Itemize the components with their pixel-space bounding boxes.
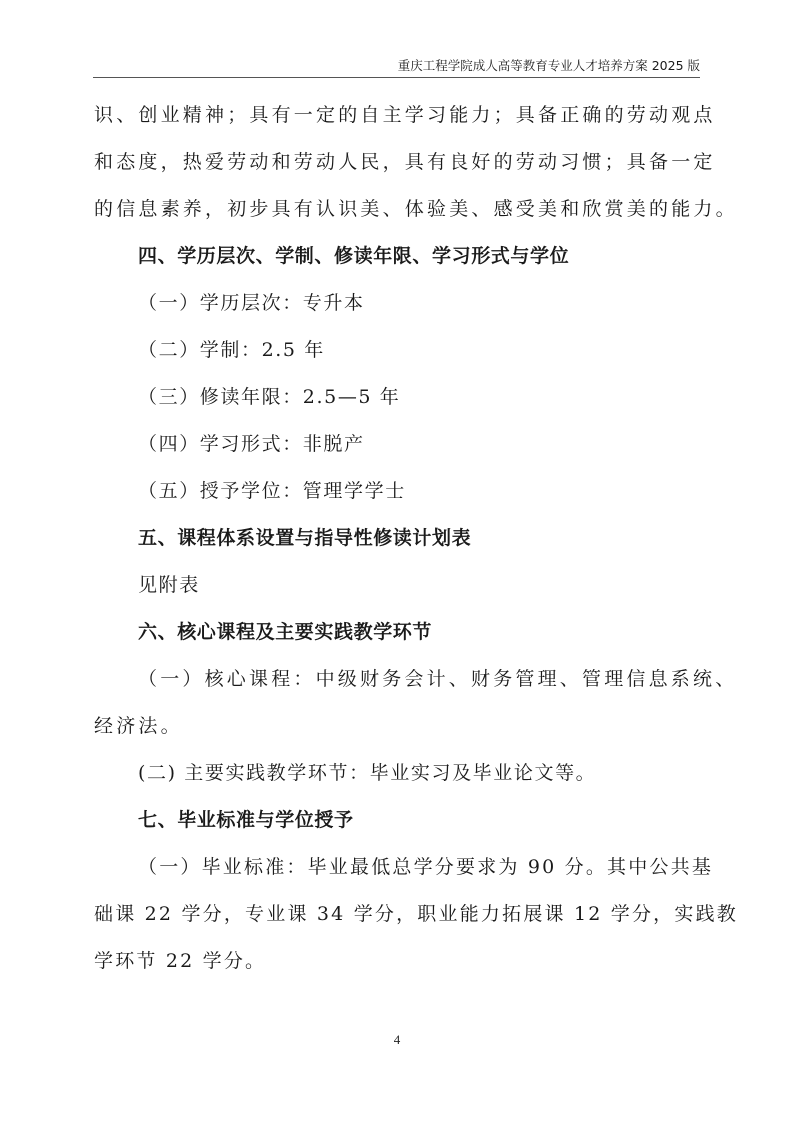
list-item: (二) 主要实践教学环节：毕业实习及毕业论文等。 [94,750,702,797]
section-6: 六、核心课程及主要实践教学环节 （一）核心课程：中级财务会计、财务管理、管理信息… [94,609,702,797]
paragraph-line: （一）毕业标准：毕业最低总学分要求为 90 分。其中公共基 [94,844,702,891]
document-body: 识、创业精神；具有一定的自主学习能力；具备正确的劳动观点 和态度，热爱劳动和劳动… [94,92,702,985]
section-heading: 七、毕业标准与学位授予 [94,797,702,844]
paragraph-line: 的信息素养，初步具有认识美、体验美、感受美和欣赏美的能力。 [94,186,702,233]
paragraph-line: 识、创业精神；具有一定的自主学习能力；具备正确的劳动观点 [94,92,702,139]
paragraph-line: 和态度，热爱劳动和劳动人民，具有良好的劳动习惯；具备一定 [94,139,702,186]
list-item: （四）学习形式：非脱产 [94,421,702,468]
page-number: 4 [0,1032,794,1048]
paragraph-line: 学环节 22 学分。 [94,938,702,985]
section-4: 四、学历层次、学制、修读年限、学习形式与学位 （一）学历层次：专升本 （二）学制… [94,233,702,515]
paragraph-line: 础课 22 学分，专业课 34 学分，职业能力拓展课 12 学分，实践教 [94,891,702,938]
header-title: 重庆工程学院成人高等教育专业人才培养方案 2025 版 [398,58,700,73]
paragraph-line: 经济法。 [94,703,702,750]
section-heading: 六、核心课程及主要实践教学环节 [94,609,702,656]
list-item: （三）修读年限：2.5—5 年 [94,374,702,421]
intro-paragraph: 识、创业精神；具有一定的自主学习能力；具备正确的劳动观点 和态度，热爱劳动和劳动… [94,92,702,233]
paragraph-line: （一）核心课程：中级财务会计、财务管理、管理信息系统、 [94,656,702,703]
section-heading: 四、学历层次、学制、修读年限、学习形式与学位 [94,233,702,280]
list-item: （二）学制：2.5 年 [94,327,702,374]
running-header: 重庆工程学院成人高等教育专业人才培养方案 2025 版 [93,57,700,78]
section-heading: 五、课程体系设置与指导性修读计划表 [94,515,702,562]
section-7: 七、毕业标准与学位授予 （一）毕业标准：毕业最低总学分要求为 90 分。其中公共… [94,797,702,985]
section-5: 五、课程体系设置与指导性修读计划表 见附表 [94,515,702,609]
section-body: 见附表 [94,562,702,609]
list-item: （一）学历层次：专升本 [94,280,702,327]
list-item: （五）授予学位：管理学学士 [94,468,702,515]
